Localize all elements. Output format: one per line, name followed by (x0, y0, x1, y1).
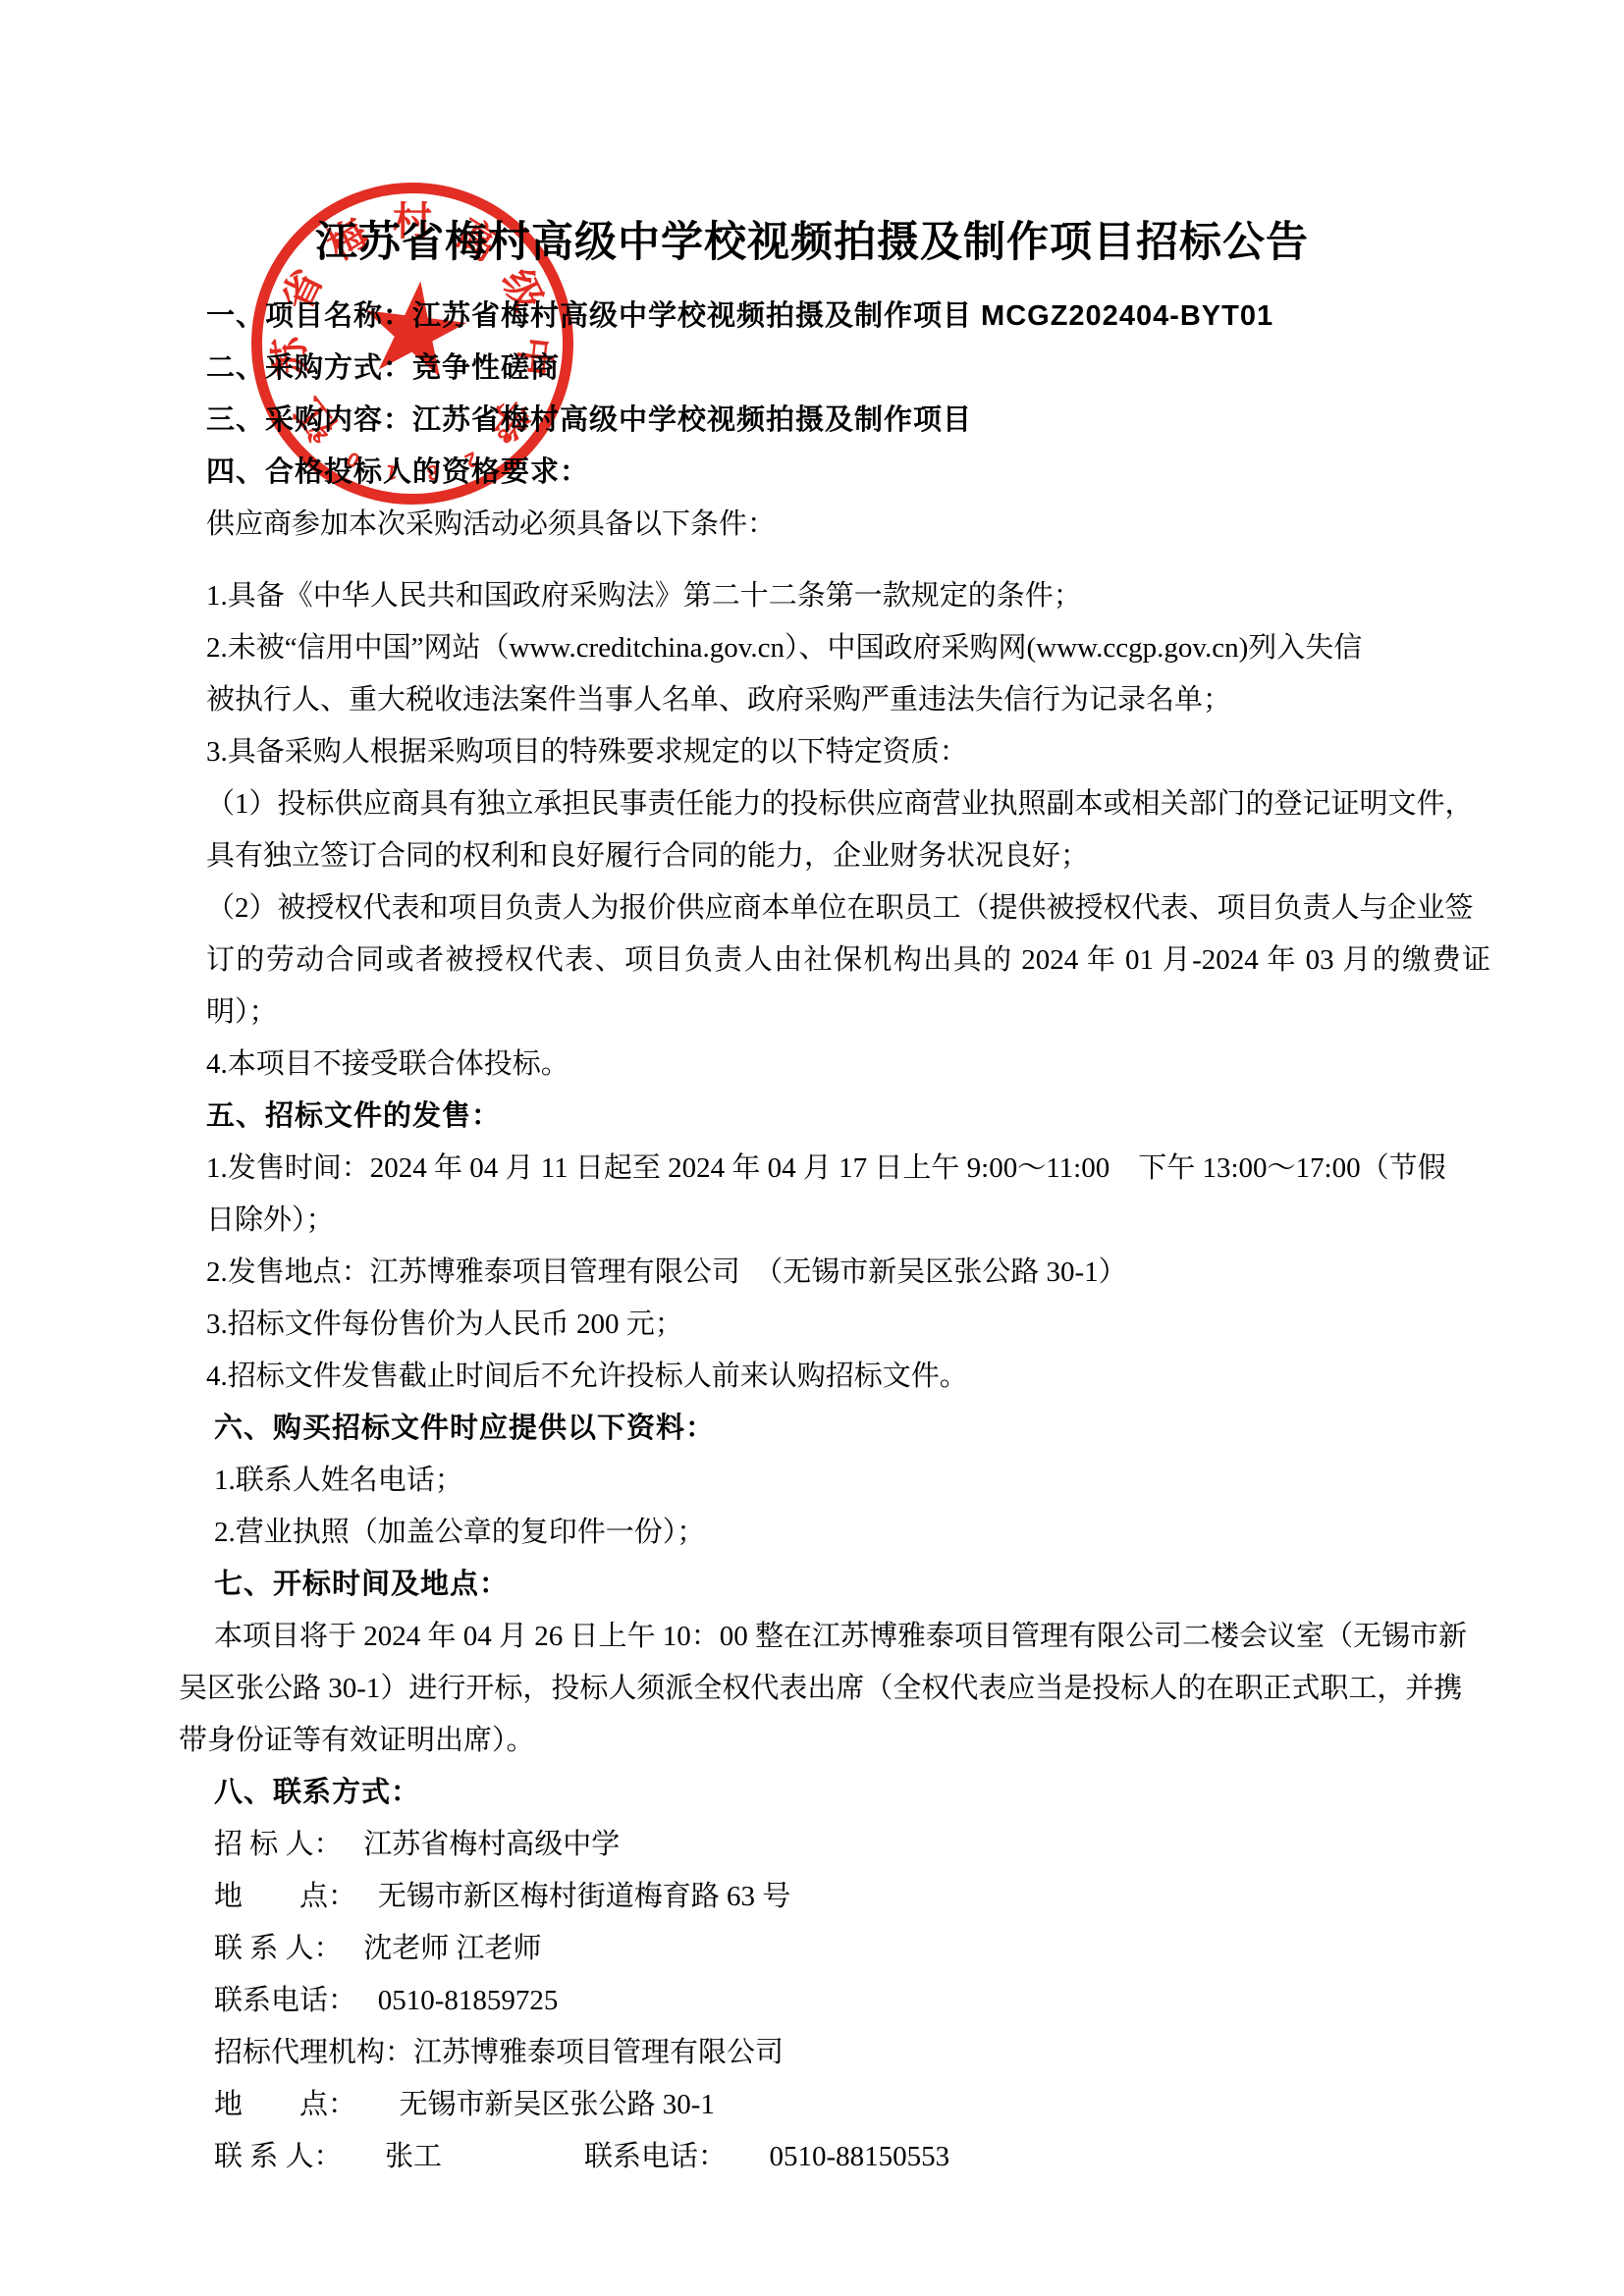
qualification-item-3-2-cont: 订的劳动合同或者被授权代表、项目负责人由社保机构出具的 2024 年 01 月-… (179, 934, 1490, 1039)
agency-address: 地 点： 无锡市新吴区张公路 30-1 (179, 2079, 1490, 2131)
section-6-purchase-materials-heading: 六、购买招标文件时应提供以下资料： (179, 1403, 1490, 1455)
sale-time: 1.发售时间：2024 年 04 月 11 日起至 2024 年 04 月 17… (179, 1143, 1490, 1195)
purchase-material-1: 1.联系人姓名电话； (179, 1455, 1490, 1507)
tenderer-phone: 联系电话： 0510-81859725 (179, 1975, 1490, 2027)
section-5-document-sale-heading: 五、招标文件的发售： (179, 1091, 1490, 1143)
qualification-item-2: 2.未被“信用中国”网站（www.creditchina.gov.cn）、中国政… (179, 622, 1490, 674)
section-3-procurement-content: 三、采购内容：江苏省梅村高级中学校视频拍摄及制作项目 (179, 395, 1490, 447)
agency-name: 招标代理机构：江苏博雅泰项目管理有限公司 (179, 2027, 1490, 2079)
document-page: 江苏省梅村高级中学校视频拍摄及制作项目招标公告 一、项目名称：江苏省梅村高级中学… (0, 0, 1624, 2296)
qualification-item-3-2: （2）被授权代表和项目负责人为报价供应商本单位在职员工（提供被授权代表、项目负责… (179, 882, 1490, 934)
qualification-item-3-1: （1）投标供应商具有独立承担民事责任能力的投标供应商营业执照副本或相关部门的登记… (179, 778, 1490, 830)
section-4-qualification-heading: 四、合格投标人的资格要求： (179, 447, 1490, 499)
tenderer-address: 地 点： 无锡市新区梅村街道梅育路 63 号 (179, 1871, 1490, 1923)
tenderer-name: 招 标 人： 江苏省梅村高级中学 (179, 1819, 1490, 1871)
agency-contact-and-phone: 联 系 人： 张工 联系电话： 0510-88150553 (179, 2131, 1490, 2183)
qualification-intro: 供应商参加本次采购活动必须具备以下条件： (179, 499, 1490, 551)
sale-time-cont: 日除外）； (179, 1195, 1490, 1247)
qualification-item-1: 1.具备《中华人民共和国政府采购法》第二十二条第一款规定的条件； (179, 570, 1490, 622)
sale-deadline: 4.招标文件发售截止时间后不允许投标人前来认购招标文件。 (179, 1351, 1490, 1403)
tenderer-contact-person: 联 系 人： 沈老师 江老师 (179, 1923, 1490, 1975)
section-7-opening-heading: 七、开标时间及地点： (179, 1559, 1490, 1611)
opening-paragraph-cont-2: 带身份证等有效证明出席）。 (179, 1715, 1490, 1767)
opening-paragraph: 本项目将于 2024 年 04 月 26 日上午 10：00 整在江苏博雅泰项目… (179, 1611, 1490, 1663)
sale-place: 2.发售地点：江苏博雅泰项目管理有限公司 （无锡市新吴区张公路 30-1） (179, 1247, 1490, 1299)
section-2-procurement-method: 二、采购方式：竞争性磋商 (179, 343, 1490, 395)
document-body: 一、项目名称：江苏省梅村高级中学校视频拍摄及制作项目 MCGZ202404-BY… (179, 291, 1490, 2183)
section-1-project-name: 一、项目名称：江苏省梅村高级中学校视频拍摄及制作项目 MCGZ202404-BY… (179, 291, 1490, 343)
qualification-item-3: 3.具备采购人根据采购项目的特殊要求规定的以下特定资质： (179, 726, 1490, 778)
qualification-item-2-cont: 被执行人、重大税收违法案件当事人名单、政府采购严重违法失信行为记录名单； (179, 674, 1490, 726)
purchase-material-2: 2.营业执照（加盖公章的复印件一份）； (179, 1507, 1490, 1559)
qualification-item-3-1-cont: 具有独立签订合同的权利和良好履行合同的能力，企业财务状况良好； (179, 830, 1490, 882)
qualification-item-4: 4.本项目不接受联合体投标。 (179, 1039, 1490, 1091)
sale-price: 3.招标文件每份售价为人民币 200 元； (179, 1299, 1490, 1351)
section-8-contact-heading: 八、联系方式： (179, 1767, 1490, 1819)
opening-paragraph-cont-1: 吴区张公路 30-1）进行开标，投标人须派全权代表出席（全权代表应当是投标人的在… (179, 1663, 1490, 1715)
page-title: 江苏省梅村高级中学校视频拍摄及制作项目招标公告 (0, 209, 1624, 269)
